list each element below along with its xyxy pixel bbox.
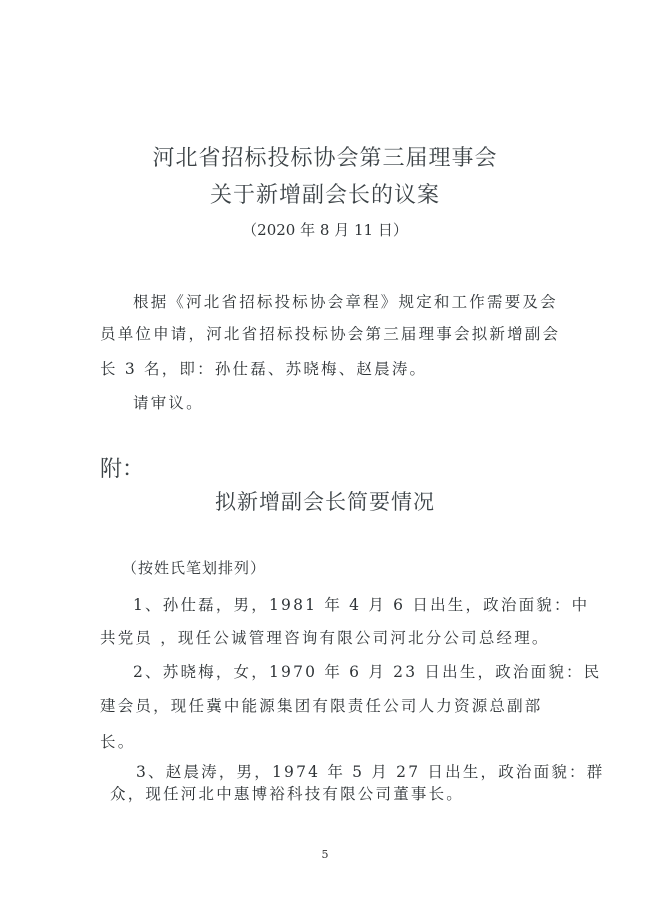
candidate-1-line2: 共党员 ，现任公诚管理咨询有限公司河北分公司总经理。	[100, 626, 550, 648]
attachment-label: 附：	[100, 452, 144, 483]
candidate-2-line2: 建会员，现任冀中能源集团有限责任公司人力资源总副部	[100, 694, 543, 716]
document-date: （2020 年 8 月 11 日）	[0, 219, 650, 240]
title-line-2: 关于新增副会长的议案	[0, 178, 650, 209]
attachment-title: 拟新增副会长简要情况	[0, 486, 650, 516]
candidate-2-line1: 2、苏晓梅，女，1970 年 6 月 23 日出生，政治面貌：民	[133, 660, 601, 682]
body-para1-line1: 根据《河北省招标投标协会章程》规定和工作需要及会	[133, 290, 558, 312]
body-para2: 请审议。	[133, 391, 204, 413]
candidate-1-line1: 1、孙仕磊，男，1981 年 4 月 6 日出生，政治面貌：中	[133, 593, 589, 615]
body-para1-line2: 员单位申请，河北省招标投标协会第三届理事会拟新增副会	[100, 322, 560, 344]
body-para1-line3: 长 3 名，即：孙仕磊、苏晓梅、赵晨涛。	[100, 357, 427, 379]
attachment-note: （按姓氏笔划排列）	[122, 557, 266, 578]
title-line-1: 河北省招标投标协会第三届理事会	[0, 141, 650, 172]
page-number: 5	[0, 848, 650, 861]
candidate-3-line1: 3、赵晨涛，男，1974 年 5 月 27 日出生，政治面貌：群	[136, 760, 604, 782]
candidate-3-line2: 众，现任河北中惠博裕科技有限公司董事长。	[110, 782, 464, 804]
candidate-2-line3: 长。	[100, 730, 135, 752]
